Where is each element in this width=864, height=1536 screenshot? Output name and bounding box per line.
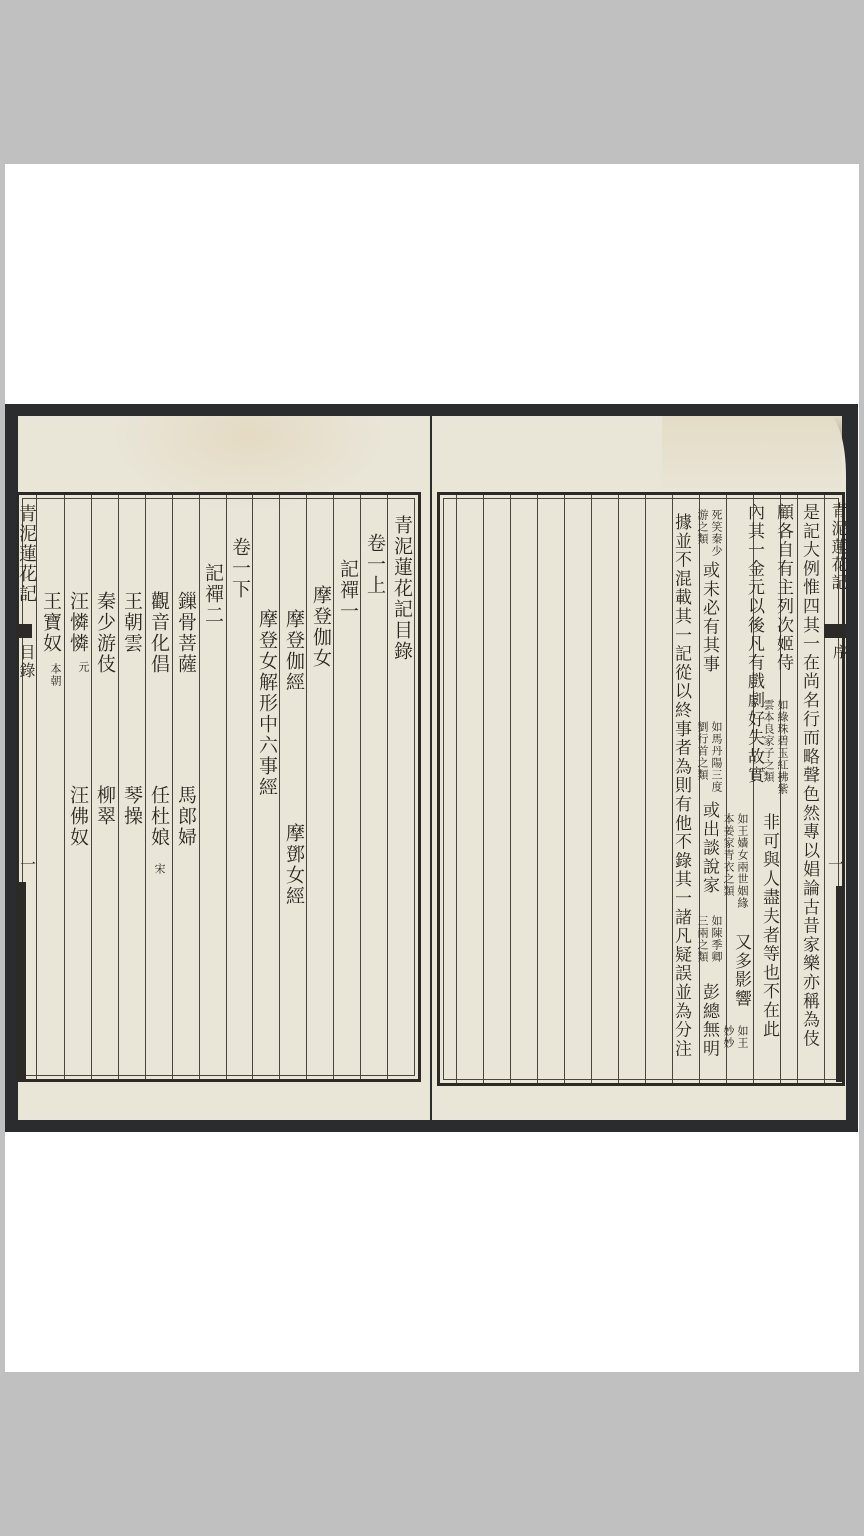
- toc-title: 青泥蓮花記目錄: [390, 515, 414, 662]
- column-rule: [226, 495, 227, 1079]
- preface-note: 如王嬙女兩世姻緣: [736, 813, 748, 909]
- toc-entry: 王朝雲: [120, 591, 144, 654]
- preface-column: 或出談說家: [698, 801, 720, 895]
- left-page-frame: 青泥蓮花記目錄 卷一上 記禪一 摩登伽女 摩登伽經 摩鄧女經 摩登女解形中六事經…: [16, 492, 421, 1082]
- toc-entry-lower: 汪佛奴: [66, 785, 90, 848]
- column-rule: [387, 495, 388, 1079]
- toc-entry: 秦少游伎: [93, 591, 117, 675]
- preface-column: 或未必有其事: [698, 561, 720, 674]
- spine-section: 序: [828, 644, 852, 661]
- paper-discoloration: [662, 416, 842, 496]
- column-rule: [64, 495, 65, 1079]
- preface-column: 是記大例惟四其一在尚名行而略聲色然專以娼論古昔家樂亦稱為伎: [798, 503, 820, 1048]
- column-rule: [145, 495, 146, 1079]
- preface-note: 如王: [736, 1025, 748, 1049]
- spine-lower-bar: [836, 886, 842, 1082]
- column-rule: [172, 495, 173, 1079]
- spine-page-number: 一: [20, 852, 36, 875]
- toc-note: 宋: [153, 863, 165, 875]
- column-rule: [618, 495, 619, 1083]
- toc-entry-lower: 馬郎婦: [174, 785, 198, 848]
- column-rule: [118, 495, 119, 1079]
- column-rule: [306, 495, 307, 1079]
- toc-entry: 摩登伽經: [282, 609, 306, 693]
- left-page: 青泥蓮花記目錄 卷一上 記禪一 摩登伽女 摩登伽經 摩鄧女經 摩登女解形中六事經…: [18, 416, 430, 1120]
- spine-book-title: 青泥蓮花記: [14, 504, 38, 604]
- preface-column: 非可與人盡夫者等也不在此: [758, 813, 780, 1039]
- preface-note: 死笑秦少: [710, 509, 722, 557]
- toc-volume: 卷一上: [363, 533, 387, 596]
- toc-category: 記禪一: [336, 559, 360, 622]
- toc-volume: 卷一下: [228, 537, 252, 600]
- column-rule: [537, 495, 538, 1083]
- spine-lower-bar: [16, 882, 26, 1082]
- column-rule: [279, 495, 280, 1079]
- spine-page-number: 一: [828, 852, 844, 875]
- toc-entry-lower: 摩鄧女經: [282, 823, 306, 907]
- toc-note: 本朝: [49, 663, 61, 687]
- toc-entry-lower: 琴操: [120, 785, 144, 827]
- column-rule: [564, 495, 565, 1083]
- toc-entry: 摩登伽女: [309, 585, 333, 669]
- preface-note: 如綠珠碧玉紅拂紫: [776, 699, 788, 795]
- toc-entry: 觀音化倡: [147, 591, 171, 675]
- column-rule: [252, 495, 253, 1079]
- toc-entry: 摩登女解形中六事經: [255, 609, 279, 798]
- toc-note: 元: [77, 661, 89, 673]
- toc-entry: 鏁骨菩薩: [174, 591, 198, 675]
- column-rule: [91, 495, 92, 1079]
- column-rule: [333, 495, 334, 1079]
- right-page-frame: 是記大例惟四其一在尚名行而略聲色然專以娼論古昔家樂亦稱為伎 顧各自有主列次姬侍 …: [437, 492, 845, 1086]
- toc-entry-lower: 任杜娘: [147, 785, 171, 848]
- spine-section: 目錄: [14, 644, 38, 680]
- preface-note: 如陳季卿: [710, 915, 722, 963]
- column-rule: [456, 495, 457, 1083]
- column-rule: [824, 495, 825, 1083]
- column-rule: [726, 495, 727, 1083]
- toc-entry-lower: 柳翠: [93, 785, 117, 827]
- preface-column: 內其一金元以後凡有戲劇好失故實: [743, 503, 765, 785]
- toc-entry: 王寶奴: [39, 591, 63, 654]
- preface-note: 游之類: [696, 509, 708, 545]
- column-rule: [360, 495, 361, 1079]
- column-rule: [199, 495, 200, 1079]
- preface-note: 如馬丹陽三度: [710, 721, 722, 793]
- spine-fishtail: [824, 624, 846, 638]
- preface-column: 據並不混載其一記從以終事者為則有他不錄其一諸凡疑誤並為分注: [670, 513, 692, 1058]
- toc-entry: 汪憐憐: [66, 591, 90, 654]
- preface-note: 本姜家青衣之類: [722, 813, 734, 897]
- column-rule: [510, 495, 511, 1083]
- toc-category: 記禪二: [201, 563, 225, 626]
- preface-note: 妙妙: [722, 1025, 734, 1049]
- preface-column: 彭總無明: [698, 983, 720, 1058]
- preface-note: 三兩之類: [696, 915, 708, 963]
- column-rule: [645, 495, 646, 1083]
- column-rule: [591, 495, 592, 1083]
- spine-book-title: 青泥蓮花記: [826, 502, 850, 592]
- right-page: 是記大例惟四其一在尚名行而略聲色然專以娼論古昔家樂亦稱為伎 顧各自有主列次姬侍 …: [432, 416, 846, 1120]
- preface-column: 顧各自有主列次姬侍: [772, 503, 794, 672]
- column-rule: [483, 495, 484, 1083]
- spine-fishtail: [16, 624, 32, 638]
- preface-column: 又多影響: [730, 933, 752, 1008]
- preface-note: 劉行首之類: [696, 721, 708, 781]
